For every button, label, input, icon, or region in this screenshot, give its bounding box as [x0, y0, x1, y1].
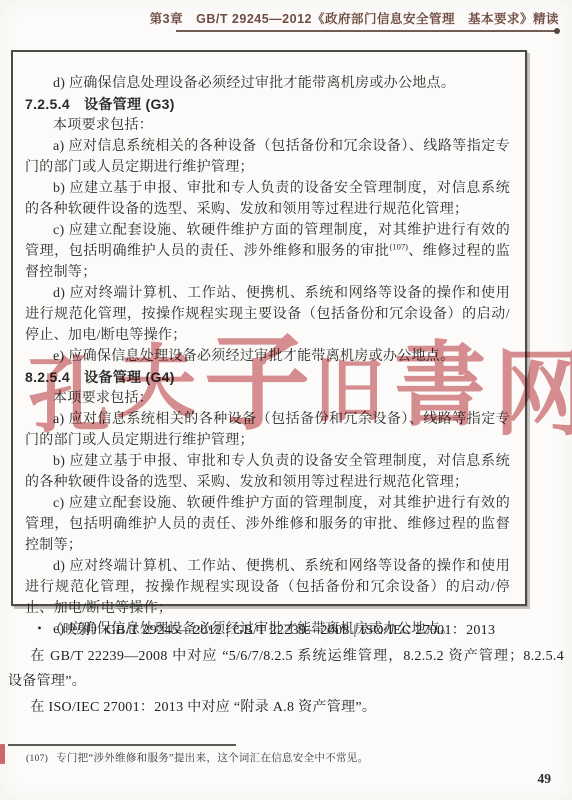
footnote-ref-107: (107): [390, 241, 408, 251]
section-number: 8.2.5.4: [25, 369, 70, 385]
header-end-dot-icon: [554, 28, 560, 34]
footnote-marker: (107): [26, 754, 48, 764]
mapping-iso27001-line: 在 ISO/IEC 27001：2013 中对应 “附录 A.8 资产管理”。: [8, 695, 564, 721]
paragraph-item-e1: e) 应确保信息处理设备必须经过审批才能带离机房或办公地点。: [25, 346, 510, 367]
section-number: 7.2.5.4: [25, 96, 70, 112]
footnote: (107)专门把“涉外维修和服务”提出来，这个词汇在信息安全中不常见。: [26, 751, 546, 767]
requirements-box: d) 应确保信息处理设备必须经过审批才能带离机房或办公地点。 7.2.5.4 设…: [11, 50, 527, 606]
page-number: 49: [538, 771, 552, 787]
footnote-divider: [8, 744, 236, 746]
paragraph-item-b2: b) 应建立基于申报、审批和专人负责的设备安全管理制度，对信息系统的各种软硬件设…: [25, 451, 510, 493]
scanned-book-page: 第3章 GB/T 29245—2012《政府部门信息安全管理 基本要求》精读 d…: [0, 0, 572, 800]
paragraph-item-b1: b) 应建立基于申报、审批和专人负责的设备安全管理制度，对信息系统的各种软硬件设…: [25, 178, 510, 220]
mapping-notes: •（映射）GB/T 29245—2012 | GB/T 22239—2008 |…: [8, 618, 564, 720]
footnote-text: 专门把“涉外维修和服务”提出来，这个词汇在信息安全中不常见。: [56, 753, 368, 764]
section-heading-8254: 8.2.5.4 设备管理 (G4): [25, 367, 510, 388]
paragraph-item-d2: d) 应对终端计算机、工作站、便携机、系统和网络等设备的操作和使用进行规范化管理…: [25, 556, 510, 619]
section-title: 设备管理 (G4): [84, 369, 175, 385]
paragraph-item-a1: a) 应对信息系统相关的各种设备（包括备份和冗余设备）、线路等指定专门的部门或人…: [25, 136, 510, 178]
chapter-header-title: 第3章 GB/T 29245—2012《政府部门信息安全管理 基本要求》精读: [150, 9, 559, 27]
section-heading-7254: 7.2.5.4 设备管理 (G3): [25, 94, 510, 115]
bullet-dot-icon: •: [37, 616, 42, 642]
header-rule: [176, 30, 558, 32]
paragraph-intro-1: 本项要求包括：: [25, 115, 510, 136]
mapping-gbt22239-line: 在 GB/T 22239—2008 中对应 “5/6/7/8.2.5 系统运维管…: [8, 644, 564, 695]
paragraph-item-c1: c) 应建立配套设施、软硬件维护方面的管理制度，对其维护进行有效的管理，包括明确…: [25, 220, 510, 283]
paragraph-intro-2: 本项要求包括：: [25, 388, 510, 409]
mapping-line-text: （映射）GB/T 29245—2012 | GB/T 22239—2008 | …: [49, 623, 496, 638]
paragraph-item-d1: d) 应对终端计算机、工作站、便携机、系统和网络等设备的操作和使用进行规范化管理…: [25, 283, 510, 346]
section-title: 设备管理 (G3): [84, 96, 175, 112]
mapping-bullet-line: •（映射）GB/T 29245—2012 | GB/T 22239—2008 |…: [8, 618, 564, 644]
paragraph-item-a2: a) 应对信息系统相关的各种设备（包括备份和冗余设备）、线路等指定专门的部门或人…: [25, 409, 510, 451]
paragraph-item-c2: c) 应建立配套设施、软硬件维护方面的管理制度，对其维护进行有效的管理，包括明确…: [25, 493, 510, 556]
red-stamp-fragment: [0, 744, 5, 764]
paragraph-carryover-d: d) 应确保信息处理设备必须经过审批才能带离机房或办公地点。: [25, 73, 510, 94]
